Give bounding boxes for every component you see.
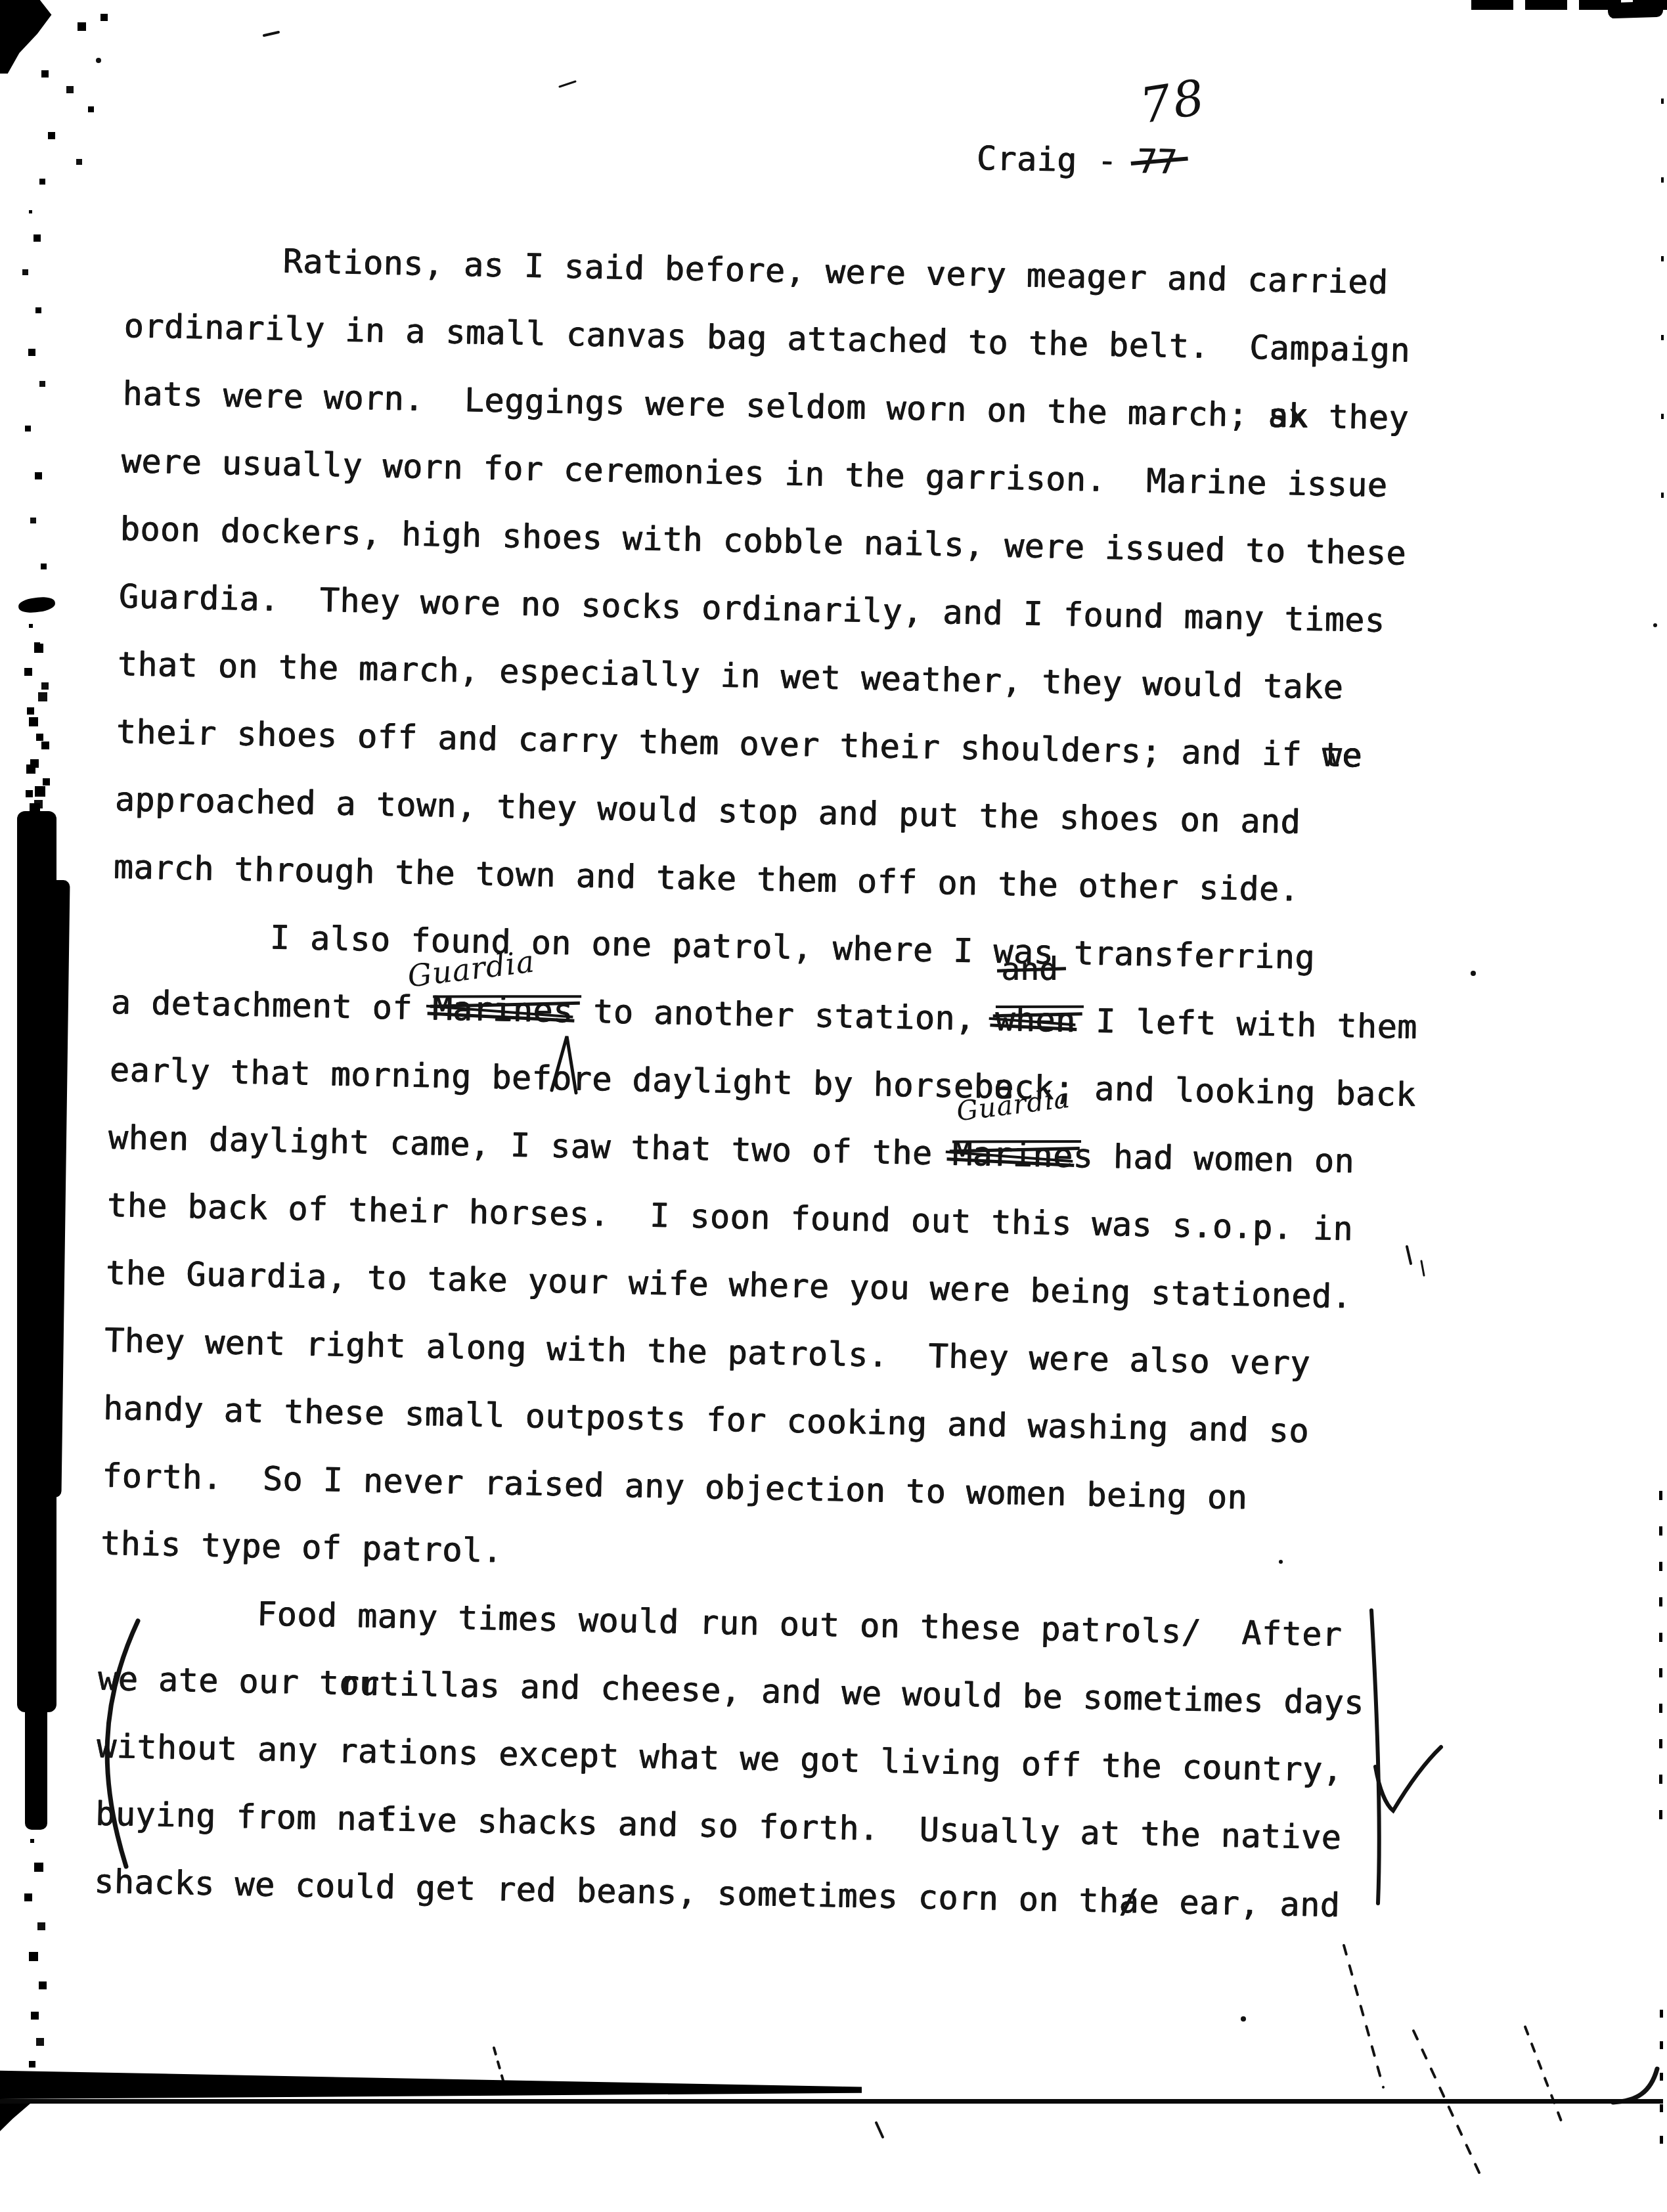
text-run: that on the march, especially in wet wea… [117, 645, 1344, 707]
struck-inserted-word: and [1001, 951, 1058, 988]
text-run: the Guardia, to take your wife where you… [105, 1254, 1352, 1316]
text-run: tillas and cheese, and we would be somet… [379, 1665, 1364, 1722]
text-run: without any rations except what we got l… [97, 1727, 1343, 1789]
text-run: their shoes off and carry them over thei… [116, 713, 1322, 774]
text-run: shacks we could get red beans, sometimes… [94, 1863, 1120, 1920]
stray-mark [876, 2123, 883, 2137]
text-run: s had women on [1073, 1137, 1354, 1180]
text-run: were usually worn for ceremonies in the … [121, 442, 1388, 504]
overtyped-chars: sxak [1268, 382, 1309, 450]
text-run: march through the town and take them off… [113, 848, 1299, 909]
page-header: Craig - 77 [976, 124, 1593, 204]
scan-artifact-speckle [30, 1839, 34, 1843]
header-name: Craig - [976, 139, 1138, 181]
scratch-diagonal-1 [1344, 1945, 1383, 2087]
struck-out-word: when [994, 986, 1076, 1055]
text-run: buying from na [95, 1795, 377, 1838]
scan-artifact-right-edge [1661, 99, 1664, 558]
text-run: forth. So I never raised any objection t… [101, 1457, 1247, 1516]
text-run: Food many times would run out on these p… [256, 1595, 1342, 1654]
overtyped-chars: ft [376, 1786, 397, 1854]
text-run: early that morning before daylight by ho… [109, 1051, 994, 1106]
scan-artifact-speckle [29, 624, 33, 628]
text-run: ive shacks and so forth. Usually at the … [397, 1800, 1342, 1857]
bottom-line-hook [1613, 2069, 1657, 2102]
text-run: hats were worn. Leggings were seldom wor… [122, 374, 1268, 434]
scan-artifact-bottom-line [0, 2099, 1663, 2104]
handwritten-new-page-number: 78 [1136, 69, 1210, 135]
text-run: They went right along with the patrols. … [104, 1321, 1310, 1382]
scan-artifact-top-edge [1608, 1, 1664, 19]
scan-artifact-right-edge [1659, 1491, 1662, 1819]
stray-mark [264, 32, 278, 35]
scan-artifact-speckle [29, 210, 32, 213]
text-run: when daylight came, I saw that two of th… [108, 1118, 952, 1173]
text-run: boon dockers, high shoes with cobble nai… [120, 510, 1406, 573]
typed-text-block: Craig - 77 Rations, as I said before, we… [93, 108, 1592, 1943]
text-run: e ear, and [1139, 1882, 1341, 1924]
scan-artifact-bottom-wedge [0, 2069, 862, 2099]
text-run: we ate our t [98, 1660, 340, 1702]
text-run: to another station, [573, 992, 996, 1038]
struck-page-number: 77 [1137, 127, 1178, 196]
overtyped-chars: tewe [1322, 721, 1363, 789]
text-run: I left with them [1075, 1002, 1417, 1046]
text-run: Guardia. They wore no socks ordinarily, … [118, 577, 1385, 640]
scan-artifact-right-edge [1660, 2010, 1663, 2167]
stray-mark [560, 81, 575, 87]
typed-body: Rations, as I said before, were very mea… [93, 225, 1590, 1943]
text-run: the back of their horses. I soon found o… [106, 1186, 1353, 1248]
scan-artifact-left-bar [25, 1705, 47, 1830]
scan-artifact-speckle [63, 9, 66, 12]
scratch-diagonal-3 [1525, 2027, 1562, 2123]
overtyped-chars: ruor [338, 1650, 380, 1718]
scan-artifact-blob [18, 596, 56, 615]
text-run: Rations, as I said before, were very mea… [282, 242, 1389, 301]
text-run: ck; and looking back [1013, 1068, 1416, 1114]
text-run: this type of patrol. [100, 1524, 502, 1570]
text-run: they [1308, 397, 1409, 437]
text-run: handy at these small outposts for cookin… [102, 1389, 1309, 1450]
overtyped-chars: a/ [1119, 1867, 1140, 1935]
scan-artifact-bottom-spur [0, 2104, 30, 2131]
struck-out-word: Marine [952, 1120, 1074, 1190]
text-run: a detachment of [110, 983, 433, 1027]
text-run: ordinarily in a small canvas bag attache… [123, 307, 1410, 370]
text-run: approached a town, they would stop and p… [114, 780, 1300, 841]
scanned-document-page: { "page": { "ink_color": "#161616", "pap… [0, 0, 1667, 2212]
scan-artifact-corner [0, 0, 64, 74]
